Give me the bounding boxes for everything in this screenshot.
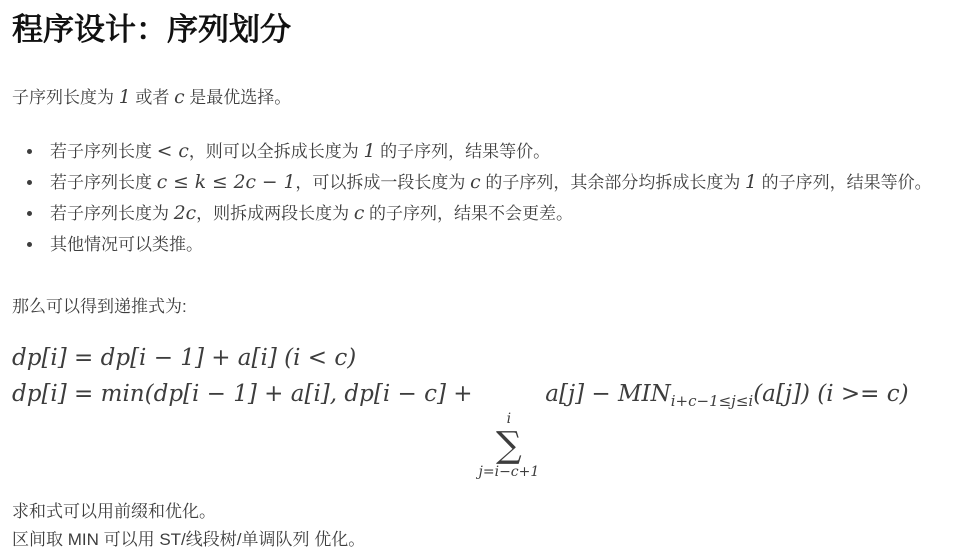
formula-tail: (a[j]) (i >= c): [753, 381, 908, 407]
optimization-notes: 求和式可以用前缀和优化。 区间取 MIN 可以用 ST/线段树/单调队列 优化。: [12, 498, 940, 552]
list-item: 若子序列长度 < c，则可以全拆成长度为 1 的子序列，结果等价。: [44, 138, 940, 166]
note-range-min: 区间取 MIN 可以用 ST/线段树/单调队列 优化。: [12, 526, 940, 552]
text-segment: 若子序列长度为: [50, 204, 174, 223]
recurrence-formula-2: dp[i] = min(dp[i − 1] + a[i], dp[i − c] …: [12, 381, 940, 481]
formula-after-sum: a[j] − MIN: [545, 381, 670, 407]
min-subscript: i+c−1≤j≤i: [671, 392, 753, 410]
math-segment: 1: [364, 141, 376, 162]
sigma-symbol: ∑: [496, 427, 522, 465]
math-segment: 2c: [174, 203, 196, 224]
math-segment: c: [470, 172, 480, 193]
formula-lhs: dp[i] = min(dp[i − 1] + a[i], dp[i − c] …: [12, 381, 473, 407]
text-segment: 的子序列，其余部分均拆成长度为: [481, 173, 745, 192]
note-prefix-sum: 求和式可以用前缀和优化。: [12, 498, 940, 526]
article-page: 程序设计：序列划分 子序列长度为 1 或者 c 是最优选择。 若子序列长度 < …: [0, 0, 954, 552]
page-title: 程序设计：序列划分: [12, 12, 940, 48]
text-segment: 是最优选择。: [185, 88, 292, 107]
text-segment: ，则可以全拆成长度为: [189, 142, 364, 161]
text-segment: 的子序列，结果不会更差。: [364, 204, 573, 223]
math-segment: c ≤ k ≤ 2c − 1: [157, 172, 296, 193]
text-segment: ，可以拆成一段长度为: [295, 173, 470, 192]
text-segment: 的子序列，结果等价。: [757, 173, 932, 192]
intro-paragraph: 子序列长度为 1 或者 c 是最优选择。: [12, 84, 940, 112]
text-segment: 的子序列，结果等价。: [375, 142, 550, 161]
summation: i∑j=i−c+1: [479, 412, 540, 481]
list-item: 若子序列长度为 2c，则拆成两段长度为 c 的子序列，结果不会更差。: [44, 200, 940, 228]
text-segment: 或者: [131, 88, 174, 107]
math-segment: c: [174, 87, 184, 108]
sum-lower-limit: j=i−c+1: [479, 465, 540, 480]
recurrence-intro: 那么可以得到递推式为:: [12, 293, 940, 321]
text-segment: 若子序列长度: [50, 142, 157, 161]
recurrence-formula-1: dp[i] = dp[i − 1] + a[i] (i < c): [12, 345, 940, 371]
text-segment: 若子序列长度: [50, 173, 157, 192]
text-segment: 其他情况可以类推。: [50, 235, 203, 254]
math-segment: < c: [157, 141, 189, 162]
text-segment: 子序列长度为: [12, 88, 119, 107]
text-segment: ，则拆成两段长度为: [196, 204, 354, 223]
math-segment: 1: [119, 87, 131, 108]
math-segment: 1: [745, 172, 757, 193]
math-segment: c: [354, 203, 364, 224]
list-item: 若子序列长度 c ≤ k ≤ 2c − 1，可以拆成一段长度为 c 的子序列，其…: [44, 169, 940, 197]
key-points-list: 若子序列长度 < c，则可以全拆成长度为 1 的子序列，结果等价。 若子序列长度…: [12, 138, 940, 259]
list-item: 其他情况可以类推。: [44, 231, 940, 259]
